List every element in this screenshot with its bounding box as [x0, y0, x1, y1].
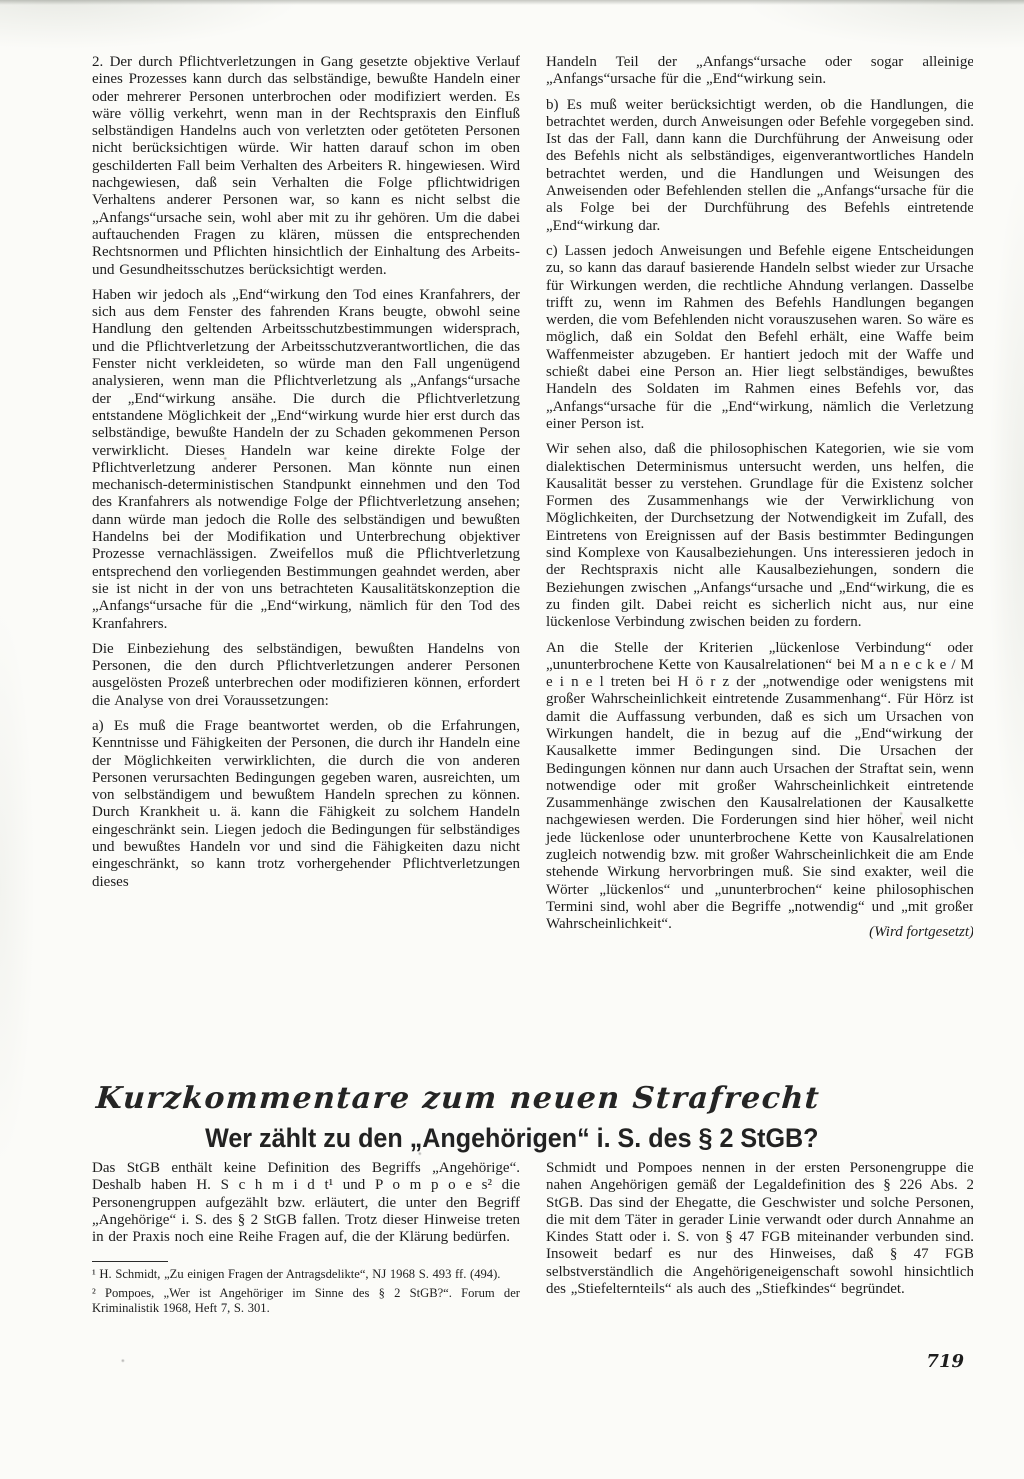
paragraph: Das StGB enthält keine Definition des Be… — [92, 1160, 520, 1246]
footnote-separator — [92, 1261, 168, 1262]
paragraph: c) Lassen jedoch Anweisungen und Befehle… — [546, 243, 973, 433]
paragraph: Handeln Teil der „Anfangs“ursache oder s… — [546, 54, 973, 89]
footnote-2: ² Pompoes, „Wer ist Angehöriger im Sinne… — [92, 1286, 520, 1315]
left-column: 2. Der durch Pflichtverletzungen in Gang… — [92, 54, 520, 899]
paragraph: Schmidt und Pompoes nennen in der ersten… — [546, 1160, 973, 1298]
paragraph: Haben wir jedoch als „End“wirkung den To… — [92, 287, 520, 633]
left-column: Das StGB enthält keine Definition des Be… — [92, 1160, 520, 1319]
paragraph: Wir sehen also, daß die philosophischen … — [546, 441, 973, 631]
right-column: Schmidt und Pompoes nennen in der ersten… — [546, 1160, 973, 1298]
article-continuation: 2. Der durch Pflichtverletzungen in Gang… — [92, 54, 973, 1068]
paragraph: Die Einbeziehung des selbständigen, bewu… — [92, 641, 520, 710]
article-title-text: Wer zählt zu den „Angehörigen“ i. S. des… — [205, 1122, 818, 1154]
paragraph: b) Es muß weiter berücksichtigt werden, … — [546, 97, 973, 235]
page-number: 719 — [926, 1351, 964, 1372]
right-column: Handeln Teil der „Anfangs“ursache oder s… — [546, 54, 973, 942]
paragraph: An die Stelle der Kriterien „lückenlose … — [546, 640, 973, 934]
footnote-1: ¹ H. Schmidt, „Zu einigen Fragen der Ant… — [92, 1267, 520, 1282]
footnotes: ¹ H. Schmidt, „Zu einigen Fragen der Ant… — [92, 1261, 520, 1315]
paragraph: 2. Der durch Pflichtverletzungen in Gang… — [92, 54, 520, 279]
article-title: Wer zählt zu den „Angehörigen“ i. S. des… — [72, 1122, 952, 1154]
kurzkommentare-article: Das StGB enthält keine Definition des Be… — [92, 1160, 973, 1376]
paragraph: a) Es muß die Frage beantwortet werden, … — [92, 718, 520, 891]
section-heading-kurzkommentare: Kurzkommentare zum neuen Strafrecht — [95, 1082, 821, 1116]
scanned-journal-page: { "article_continuation": { "left_column… — [0, 0, 1024, 1479]
